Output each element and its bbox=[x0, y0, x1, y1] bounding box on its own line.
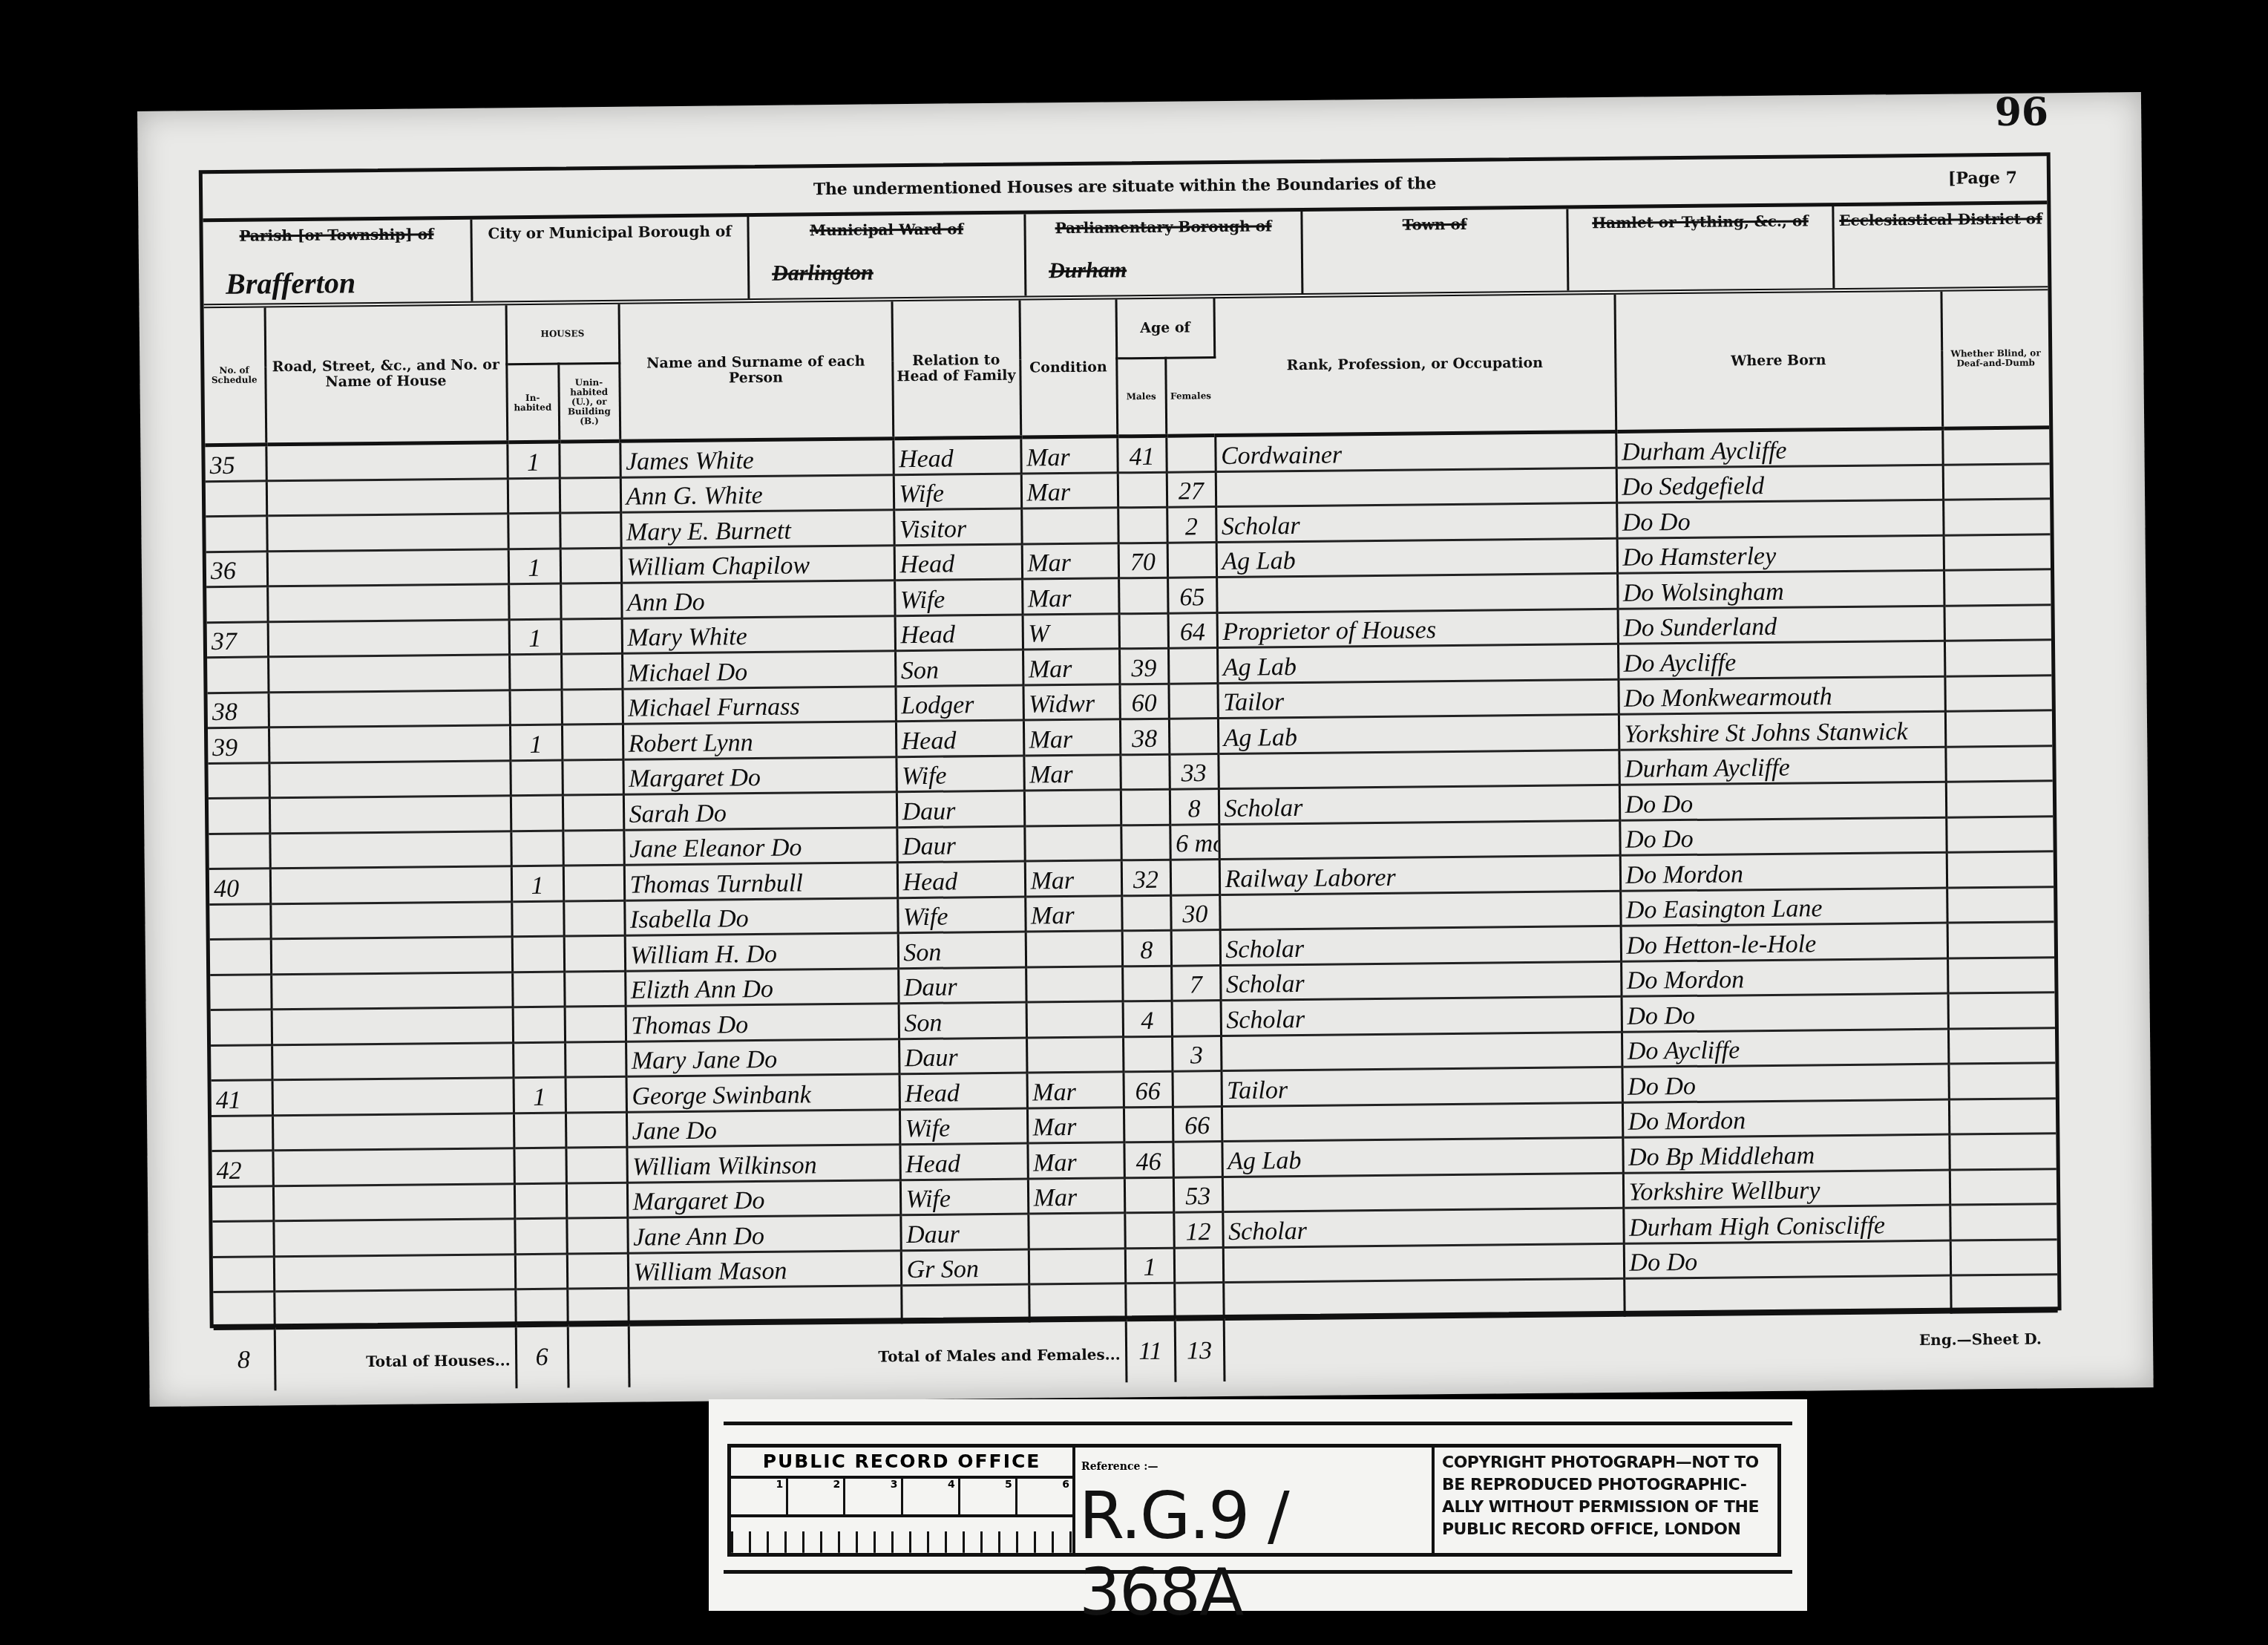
cell-female-age: 8 bbox=[1170, 789, 1219, 825]
cell-occupation: Scholar bbox=[1220, 961, 1621, 1001]
cell-uninhabited bbox=[567, 1288, 628, 1324]
reference-value: R.G.9 / 368A bbox=[1079, 1477, 1432, 1630]
cell-occupation bbox=[1221, 1032, 1622, 1071]
census-table: No. of Schedule Road, Street, &c., and N… bbox=[204, 290, 2059, 1390]
cell-name: Margaret Do bbox=[627, 1180, 900, 1217]
cell-name: Michael Furnass bbox=[623, 686, 896, 724]
cell-born: Durham High Coniscliffe bbox=[1623, 1205, 1950, 1243]
cell-name: William Wilkinson bbox=[626, 1145, 899, 1183]
cell-name: William H. Do bbox=[625, 933, 898, 971]
location-cell: Ecclesiastical District of bbox=[1834, 204, 2048, 288]
cell-born: Durham Aycliffe bbox=[1619, 747, 1945, 785]
cell-relation: Wife bbox=[894, 474, 1021, 510]
cell-female-age bbox=[1168, 648, 1217, 684]
cell-blind bbox=[1946, 816, 2053, 852]
cell-male-age bbox=[1121, 825, 1170, 860]
cell-relation: Head bbox=[896, 720, 1023, 756]
banner-title: The undermentioned Houses are situate wi… bbox=[203, 168, 2047, 205]
cell-schedule: 37 bbox=[207, 621, 268, 657]
ruler-scale: 123456 bbox=[731, 1479, 1072, 1517]
cell-occupation: Ag Lab bbox=[1217, 644, 1618, 683]
ruler-mark: 2 bbox=[788, 1479, 845, 1514]
col-occupation: Rank, Profession, or Occupation bbox=[1214, 295, 1616, 436]
cell-name: William Chapilow bbox=[621, 545, 894, 583]
cell-blind bbox=[1944, 534, 2051, 570]
cell-male-age bbox=[1125, 1283, 1174, 1319]
cell-name: Sarah Do bbox=[623, 792, 897, 830]
cell-condition: Mar bbox=[1022, 578, 1118, 615]
cell-blind bbox=[1946, 781, 2053, 817]
cell-inhabited bbox=[514, 1183, 566, 1219]
cell-uninhabited bbox=[566, 1112, 626, 1148]
cell-born bbox=[1624, 1275, 1950, 1315]
cell-born: Do Wolsingham bbox=[1617, 570, 1944, 609]
cell-relation: Wife bbox=[899, 1108, 1027, 1145]
cell-occupation: Ag Lab bbox=[1222, 1137, 1622, 1177]
ruler-mark: 3 bbox=[845, 1479, 902, 1514]
cell-name: Isabella Do bbox=[624, 897, 897, 935]
cell-schedule bbox=[209, 903, 270, 939]
cell-born: Do Do bbox=[1619, 782, 1946, 820]
cell-relation: Son bbox=[895, 650, 1023, 686]
cell-relation: Daur bbox=[897, 791, 1024, 827]
cell-road bbox=[272, 1078, 514, 1116]
cell-road bbox=[273, 1183, 514, 1221]
cell-schedule bbox=[211, 1044, 272, 1080]
col-inhabited: In-habited bbox=[506, 364, 559, 442]
col-relation: Relation to Head of Family bbox=[892, 301, 1021, 439]
cell-born: Do Do bbox=[1624, 1240, 1950, 1279]
cell-occupation bbox=[1216, 573, 1617, 612]
stamp-box: PUBLIC RECORD OFFICE 123456 Reference :—… bbox=[727, 1444, 1781, 1557]
cell-female-age: 7 bbox=[1171, 965, 1220, 1001]
folio-number: 96 bbox=[1994, 89, 2048, 135]
cell-occupation bbox=[1218, 750, 1619, 789]
col-born: Where Born bbox=[1614, 292, 1942, 432]
ruler-mark: 5 bbox=[960, 1479, 1017, 1514]
total-persons-label: Total of Males and Females... bbox=[878, 1345, 1120, 1365]
col-road: Road, Street, &c., and No. or Name of Ho… bbox=[265, 305, 508, 445]
cell-born: Do Aycliffe bbox=[1618, 641, 1944, 679]
cell-schedule bbox=[209, 798, 269, 834]
cell-relation: Head bbox=[895, 615, 1023, 651]
cell-blind bbox=[1950, 1239, 2057, 1275]
cell-condition: Mar bbox=[1023, 754, 1120, 791]
cell-road bbox=[267, 549, 508, 586]
location-label: Town of bbox=[1302, 215, 1566, 234]
cell-male-age: 70 bbox=[1118, 543, 1167, 578]
location-label: Parish [or Township] of bbox=[203, 226, 471, 244]
cell-uninhabited bbox=[561, 653, 622, 689]
col-schedule: No. of Schedule bbox=[204, 307, 266, 445]
cell-blind bbox=[1948, 1063, 2055, 1099]
location-label: Municipal Ward of bbox=[749, 220, 1023, 240]
col-condition: Condition bbox=[1020, 299, 1118, 437]
cell-road bbox=[272, 1113, 514, 1151]
cell-relation: Son bbox=[898, 932, 1026, 968]
cell-road bbox=[274, 1254, 515, 1292]
cell-female-age: 2 bbox=[1167, 507, 1216, 543]
cell-relation: Daur bbox=[900, 1214, 1028, 1250]
cell-uninhabited bbox=[563, 830, 623, 866]
cell-uninhabited bbox=[562, 724, 623, 759]
cell-name: Jane Do bbox=[626, 1109, 899, 1147]
location-cell: City or Municipal Borough of bbox=[472, 217, 750, 301]
total-males: 11 bbox=[1126, 1319, 1176, 1382]
total-females: 13 bbox=[1175, 1318, 1225, 1381]
cell-uninhabited bbox=[566, 1147, 626, 1183]
cell-blind bbox=[1944, 640, 2051, 676]
cell-name: Thomas Turnbull bbox=[624, 863, 897, 900]
cell-female-age bbox=[1174, 1283, 1223, 1319]
cell-female-age: 6 mo bbox=[1170, 824, 1219, 860]
cell-occupation: Scholar bbox=[1216, 503, 1616, 542]
cell-condition: Mar bbox=[1021, 472, 1118, 508]
cell-born: Do Hetton-le-Hole bbox=[1621, 923, 1947, 961]
cell-male-age: 8 bbox=[1122, 930, 1171, 966]
copyright-line: PUBLIC RECORD OFFICE, LONDON bbox=[1442, 1519, 1770, 1541]
cell-condition bbox=[1021, 508, 1118, 544]
cell-inhabited: 1 bbox=[511, 866, 563, 901]
cell-inhabited bbox=[515, 1254, 567, 1289]
cell-condition: W bbox=[1023, 613, 1119, 650]
cell-road bbox=[266, 514, 508, 552]
location-label: Parliamentary Borough of bbox=[1026, 218, 1300, 237]
cell-inhabited bbox=[508, 478, 560, 514]
cell-relation: Wife bbox=[900, 1179, 1028, 1215]
cell-uninhabited bbox=[560, 548, 621, 583]
cell-name: Elizth Ann Do bbox=[625, 968, 898, 1006]
cell-condition bbox=[1024, 790, 1121, 826]
cell-schedule: 35 bbox=[205, 445, 266, 481]
cell-uninhabited bbox=[564, 971, 625, 1007]
cell-inhabited: 1 bbox=[509, 619, 561, 655]
cell-inhabited: 1 bbox=[510, 725, 562, 760]
cell-occupation: Ag Lab bbox=[1218, 714, 1619, 753]
cell-born: Do Monkwearmouth bbox=[1618, 676, 1944, 715]
cell-name: Jane Ann Do bbox=[627, 1215, 900, 1253]
cell-inhabited: 1 bbox=[507, 442, 559, 478]
cell-inhabited bbox=[509, 654, 561, 690]
cell-road bbox=[272, 1042, 513, 1080]
cell-blind bbox=[1943, 499, 2050, 535]
cell-male-age bbox=[1124, 1212, 1173, 1248]
cell-male-age: 38 bbox=[1120, 719, 1169, 754]
cell-male-age bbox=[1122, 966, 1171, 1001]
cell-inhabited bbox=[510, 690, 562, 725]
cell-road bbox=[266, 442, 507, 481]
col-houses: HOUSES bbox=[506, 304, 620, 364]
cell-blind bbox=[1947, 851, 2054, 888]
cell-road bbox=[269, 831, 511, 869]
cell-schedule bbox=[208, 762, 269, 798]
location-value: Brafferton bbox=[226, 265, 355, 301]
cell-occupation bbox=[1219, 820, 1619, 860]
cell-occupation: Tailor bbox=[1217, 679, 1618, 719]
cell-relation: Lodger bbox=[895, 685, 1023, 722]
cell-inhabited bbox=[511, 795, 563, 831]
cell-condition bbox=[1026, 1036, 1123, 1073]
cell-female-age bbox=[1170, 860, 1219, 895]
cell-blind bbox=[1947, 886, 2054, 923]
cell-road bbox=[270, 901, 511, 939]
cell-relation: Daur bbox=[899, 1038, 1026, 1074]
cell-female-age: 12 bbox=[1173, 1212, 1222, 1248]
cell-name: Michael Do bbox=[622, 651, 895, 689]
cell-male-age: 41 bbox=[1117, 436, 1166, 472]
cell-schedule bbox=[206, 586, 267, 622]
cell-name: George Swinbank bbox=[626, 1074, 899, 1112]
cell-male-age bbox=[1118, 507, 1167, 543]
col-females: Females bbox=[1165, 358, 1215, 436]
cell-female-age bbox=[1173, 1142, 1222, 1177]
cell-born: Durham Aycliffe bbox=[1616, 428, 1942, 468]
cell-blind bbox=[1949, 1134, 2056, 1170]
location-label: Ecclesiastical District of bbox=[1834, 210, 2047, 229]
cell-born: Do Hamsterley bbox=[1617, 535, 1944, 574]
cell-name: Mary E. Burnett bbox=[620, 510, 894, 548]
cell-blind bbox=[1942, 428, 2049, 465]
cell-relation: Wife bbox=[896, 756, 1023, 792]
col-age: Age of bbox=[1116, 298, 1215, 359]
cell-male-age bbox=[1118, 578, 1167, 613]
cell-relation: Head bbox=[893, 437, 1020, 474]
cell-relation bbox=[901, 1284, 1029, 1321]
cell-schedule bbox=[206, 480, 266, 516]
cell-male-age: 4 bbox=[1123, 1001, 1172, 1036]
cell-female-age bbox=[1169, 719, 1218, 754]
cell-condition: Mar bbox=[1025, 895, 1121, 932]
reference-label: Reference :— bbox=[1081, 1461, 1158, 1473]
ruler-ticks bbox=[731, 1517, 1072, 1553]
cell-blind bbox=[1947, 922, 2054, 958]
cell-born: Do Do bbox=[1619, 817, 1946, 856]
table-header: No. of Schedule Road, Street, &c., and N… bbox=[204, 290, 2050, 445]
cell-relation: Head bbox=[894, 544, 1022, 581]
cell-male-age bbox=[1124, 1177, 1173, 1213]
cell-blind bbox=[1944, 604, 2051, 641]
cell-schedule: 42 bbox=[212, 1151, 272, 1186]
cell-uninhabited bbox=[566, 1217, 627, 1253]
cell-uninhabited bbox=[562, 759, 623, 795]
cell-name: Jane Eleanor Do bbox=[623, 827, 897, 865]
cell-schedule bbox=[206, 516, 266, 552]
cell-relation: Visitor bbox=[894, 508, 1021, 545]
cell-male-age bbox=[1123, 1036, 1172, 1072]
cell-name: Mary White bbox=[622, 615, 895, 653]
cell-inhabited bbox=[514, 1113, 566, 1148]
cell-born: Do Mordon bbox=[1622, 1099, 1949, 1138]
copyright-line: BE REPRODUCED PHOTOGRAPHIC- bbox=[1442, 1474, 1770, 1497]
cell-born: Do Sunderland bbox=[1618, 606, 1944, 644]
cell-male-age bbox=[1119, 613, 1168, 649]
cell-relation: Daur bbox=[898, 967, 1026, 1004]
office-ruler-panel: PUBLIC RECORD OFFICE 123456 bbox=[731, 1448, 1075, 1553]
col-blind: Whether Blind, or Deaf-and-Dumb bbox=[1941, 290, 2049, 428]
cell-male-age bbox=[1124, 1107, 1173, 1142]
cell-uninhabited bbox=[563, 865, 624, 900]
cell-uninhabited bbox=[561, 618, 622, 654]
cell-name: Thomas Do bbox=[626, 1004, 899, 1041]
cell-road bbox=[268, 655, 509, 693]
cell-female-age bbox=[1166, 436, 1215, 472]
record-office-stamp: PUBLIC RECORD OFFICE 123456 Reference :—… bbox=[709, 1399, 1807, 1611]
cell-condition: Mar bbox=[1027, 1142, 1124, 1179]
cell-condition: Mar bbox=[1027, 1072, 1124, 1108]
cell-road bbox=[271, 937, 512, 975]
cell-relation: Head bbox=[899, 1143, 1027, 1180]
cell-road bbox=[269, 796, 511, 834]
table-body: 351James WhiteHeadMar41CordwainerDurham … bbox=[205, 428, 2057, 1328]
cell-occupation: Tailor bbox=[1222, 1067, 1622, 1106]
cell-female-age: 27 bbox=[1167, 471, 1216, 507]
cell-schedule: 41 bbox=[212, 1080, 272, 1116]
cell-road bbox=[266, 478, 508, 516]
cell-name bbox=[628, 1286, 901, 1324]
cell-female-age: 66 bbox=[1173, 1106, 1222, 1142]
cell-born: Do Do bbox=[1622, 993, 1948, 1032]
cell-inhabited bbox=[511, 901, 563, 937]
cell-inhabited bbox=[508, 583, 560, 619]
cell-inhabited bbox=[513, 1007, 565, 1042]
cell-born: Yorkshire St Johns Stanwick bbox=[1619, 711, 1945, 750]
cell-born: Do Do bbox=[1622, 1064, 1948, 1102]
cell-road bbox=[272, 1148, 514, 1186]
cell-uninhabited bbox=[566, 1076, 626, 1112]
cell-condition bbox=[1026, 966, 1122, 1002]
cell-road bbox=[271, 972, 512, 1010]
cell-uninhabited bbox=[560, 583, 621, 618]
cell-occupation: Railway Laborer bbox=[1219, 855, 1620, 895]
cell-inhabited bbox=[513, 1042, 565, 1078]
cell-female-age: 65 bbox=[1167, 578, 1216, 613]
cell-condition bbox=[1024, 825, 1121, 861]
cell-relation: Daur bbox=[897, 826, 1024, 863]
cell-born: Yorkshire Wellbury bbox=[1623, 1170, 1950, 1209]
location-cell: Parliamentary Borough ofDurham bbox=[1026, 212, 1303, 296]
cell-schedule bbox=[207, 657, 268, 693]
cell-blind bbox=[1945, 745, 2052, 782]
location-cell: Town of bbox=[1302, 209, 1569, 292]
cell-occupation: Scholar bbox=[1220, 926, 1621, 965]
cell-female-age: 33 bbox=[1169, 753, 1218, 789]
cell-condition: Mar bbox=[1025, 860, 1121, 897]
cell-inhabited: 1 bbox=[514, 1077, 566, 1113]
cell-occupation: Scholar bbox=[1222, 1208, 1623, 1247]
cell-condition: Mar bbox=[1027, 1107, 1124, 1143]
cell-uninhabited bbox=[566, 1183, 627, 1218]
cell-road bbox=[269, 760, 510, 798]
location-label: Hamlet or Tything, &c., of bbox=[1568, 212, 1832, 231]
cell-schedule: 40 bbox=[209, 869, 270, 904]
cell-male-age: 46 bbox=[1124, 1142, 1173, 1177]
cell-uninhabited bbox=[563, 794, 623, 830]
cell-male-age bbox=[1120, 754, 1169, 790]
location-label: City or Municipal Borough of bbox=[472, 223, 747, 242]
cell-schedule bbox=[212, 1221, 273, 1257]
ruler-mark: 1 bbox=[731, 1479, 788, 1514]
census-form: The undermentioned Houses are situate wi… bbox=[199, 152, 2062, 1328]
cell-female-age: 64 bbox=[1168, 612, 1217, 648]
cell-condition bbox=[1026, 1001, 1123, 1038]
cell-schedule bbox=[210, 974, 271, 1010]
cell-schedule: 39 bbox=[208, 727, 269, 763]
cell-inhabited bbox=[512, 936, 564, 972]
cell-blind bbox=[1950, 1204, 2056, 1240]
cell-road bbox=[269, 690, 510, 727]
cell-name: Ann Do bbox=[621, 581, 894, 618]
cell-uninhabited bbox=[565, 1041, 626, 1077]
cell-schedule bbox=[212, 1115, 272, 1151]
col-uninhabited: Unin-habited (U.), or Building (B.) bbox=[558, 363, 620, 442]
cell-occupation bbox=[1223, 1243, 1624, 1283]
cell-condition: Mar bbox=[1023, 719, 1120, 756]
cell-name: Robert Lynn bbox=[623, 722, 896, 759]
cell-female-age bbox=[1171, 930, 1220, 966]
total-houses-inhabited: 6 bbox=[516, 1325, 568, 1388]
cell-female-age bbox=[1172, 1071, 1221, 1107]
cell-occupation: Scholar bbox=[1221, 996, 1622, 1036]
cell-relation: Head bbox=[899, 1073, 1027, 1109]
cell-condition bbox=[1029, 1283, 1125, 1321]
cell-male-age: 1 bbox=[1125, 1248, 1174, 1283]
col-males: Males bbox=[1116, 358, 1166, 436]
cell-condition: Mar bbox=[1028, 1177, 1124, 1214]
census-sheet: 96 The undermentioned Houses are situate… bbox=[137, 92, 2154, 1407]
location-cell: Hamlet or Tything, &c., of bbox=[1568, 206, 1835, 290]
cell-road bbox=[269, 725, 510, 763]
cell-schedule bbox=[213, 1256, 274, 1292]
cell-condition bbox=[1026, 931, 1122, 967]
cell-schedule: 36 bbox=[206, 551, 267, 586]
cell-inhabited bbox=[512, 972, 564, 1007]
cell-occupation: Scholar bbox=[1219, 785, 1619, 824]
cell-uninhabited bbox=[565, 1006, 626, 1041]
total-houses-label: Total of Houses... bbox=[366, 1351, 511, 1370]
cell-uninhabited bbox=[563, 900, 624, 936]
cell-blind bbox=[1948, 992, 2055, 1029]
cell-condition bbox=[1028, 1213, 1124, 1249]
cell-uninhabited bbox=[564, 935, 625, 971]
cell-male-age: 60 bbox=[1119, 684, 1168, 719]
cell-name: Ann G. White bbox=[620, 474, 894, 512]
cell-uninhabited bbox=[559, 441, 620, 477]
cell-occupation bbox=[1219, 891, 1620, 930]
cell-inhabited: 1 bbox=[508, 549, 560, 584]
cell-blind bbox=[1950, 1168, 2056, 1205]
cell-born: Do Do bbox=[1616, 500, 1943, 538]
cell-occupation: Proprietor of Houses bbox=[1217, 609, 1618, 648]
cell-inhabited bbox=[508, 513, 560, 549]
cell-name: William Mason bbox=[628, 1250, 901, 1288]
cell-blind bbox=[1945, 710, 2052, 747]
cell-inhabited bbox=[514, 1218, 566, 1254]
sheet-note: Eng.—Sheet D. bbox=[1919, 1330, 2042, 1349]
cell-male-age bbox=[1118, 472, 1167, 508]
cell-relation: Wife bbox=[894, 579, 1022, 615]
cell-male-age: 32 bbox=[1121, 860, 1170, 895]
cell-blind bbox=[1943, 463, 2050, 500]
office-name: PUBLIC RECORD OFFICE bbox=[731, 1448, 1072, 1479]
cell-schedule bbox=[209, 833, 269, 869]
cell-condition: Mar bbox=[1020, 436, 1117, 474]
cell-road bbox=[273, 1219, 514, 1257]
cell-male-age: 39 bbox=[1119, 648, 1168, 684]
cell-name: James White bbox=[620, 439, 893, 477]
cell-born: Do Sedgefield bbox=[1616, 465, 1943, 503]
cell-condition: Mar bbox=[1022, 543, 1118, 579]
location-cell: Municipal Ward ofDarlington bbox=[749, 215, 1026, 299]
